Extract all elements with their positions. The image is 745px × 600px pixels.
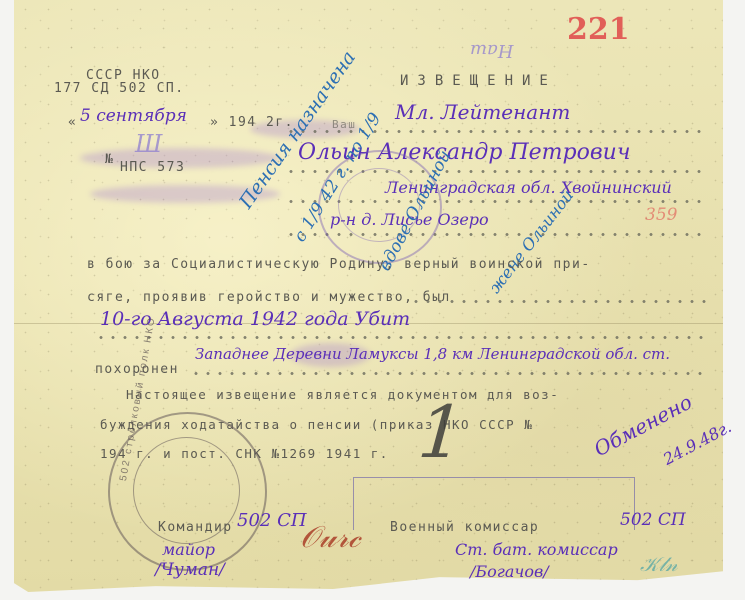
commissar-signature: 𝒦𝓁𝓃 [640, 552, 678, 576]
buried-handwritten: Западнее Деревни Ламуксы 1,8 км Ленингра… [195, 345, 670, 363]
commander-rank-hand: майор [162, 540, 215, 559]
red-stamp-number: 221 [567, 12, 630, 47]
dotted-line [410, 300, 710, 303]
commissar-label: Военный комиссар [390, 520, 539, 535]
commander-name-hand: /Чуман/ [155, 560, 225, 580]
document-title: ИЗВЕЩЕНИЕ [400, 73, 557, 89]
battle-line: в бою за Социалистическую Родину, верный… [87, 257, 591, 272]
commissar-unit-hand: 502 СП [620, 510, 686, 530]
oath-line: сяге, проявив геройство и мужество, был [87, 290, 451, 305]
commander-signature: 𝒪𝓊𝓇𝒸 [300, 520, 360, 555]
red-small-number: 359 [645, 205, 677, 225]
commissar-name-hand: /Богачов/ [470, 562, 549, 581]
commissar-rank-hand: Ст. бат. комиссар [455, 540, 618, 559]
date-prefix: « [68, 115, 77, 130]
commander-unit-hand: 502 СП [237, 510, 307, 531]
lavender-stamp: Наш [470, 40, 513, 61]
number-handwritten: Ш [135, 130, 162, 158]
dotted-line [190, 372, 705, 375]
rank-handwritten: Мл. Лейтенант [395, 100, 570, 124]
number-label: № [105, 152, 114, 167]
dotted-line [95, 336, 705, 339]
para-line-1: Настоящее извещение является документом … [126, 387, 559, 402]
date-handwritten: 5 сентября [80, 106, 187, 126]
header-line2: 177 СД 502 СП. [54, 81, 185, 96]
dotted-line [285, 130, 705, 133]
commander-label: Командир [158, 520, 233, 535]
date-suffix: » 194 2г. [210, 115, 294, 130]
header-subline: НПС 573 [120, 160, 185, 175]
